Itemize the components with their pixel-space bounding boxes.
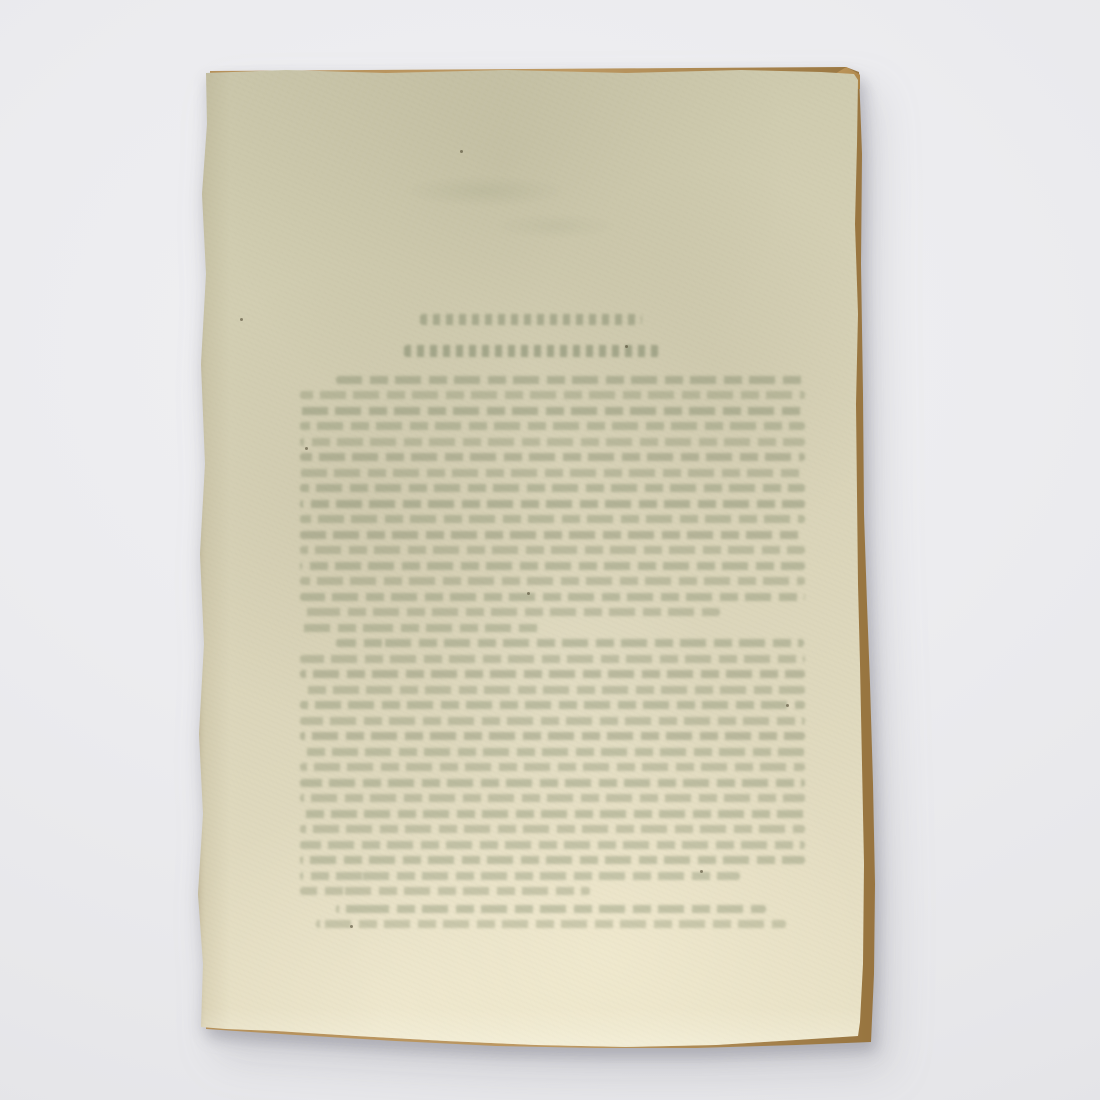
paper-speck (305, 447, 308, 450)
ghost-text-line (336, 639, 804, 647)
ghost-text-line (300, 655, 805, 663)
ghost-text-line (336, 376, 806, 384)
ghost-text-line (300, 779, 805, 787)
ghost-text-line (300, 562, 805, 570)
ghost-text-line (300, 825, 805, 833)
ghost-text-line (300, 608, 720, 616)
ghost-smudge (496, 214, 616, 238)
ghost-text-line (300, 407, 805, 415)
ghost-subtitle-line (404, 345, 659, 357)
paper-booklet (196, 64, 876, 1054)
ghost-text-line (300, 670, 805, 678)
ghost-text-line (300, 748, 805, 756)
ghost-text-line (300, 732, 805, 740)
paper-speck (786, 704, 789, 707)
ghost-text-line (300, 856, 805, 864)
ghost-text-line (300, 841, 805, 849)
ghost-text-line (300, 686, 805, 694)
paper-speck (460, 150, 463, 153)
bleed-through-text-block (196, 64, 876, 1054)
ghost-text-line (336, 905, 766, 913)
ghost-text-line (300, 624, 540, 632)
ghost-text-line (300, 515, 805, 523)
ghost-text-line (300, 717, 805, 725)
ghost-text-line (300, 500, 805, 508)
ghost-text-line (300, 484, 805, 492)
ghost-title-line (420, 314, 642, 325)
booklet-shadow-wrap (0, 0, 1100, 1100)
ghost-smudge (404, 176, 564, 206)
ghost-text-line (300, 872, 740, 880)
ghost-text-line (300, 422, 805, 430)
paper-speck (240, 318, 243, 321)
paper-speck (700, 870, 703, 873)
bottom-crease (196, 1008, 876, 1054)
ghost-text-line (300, 763, 805, 771)
paper-speck (527, 592, 530, 595)
ghost-text-line (300, 701, 805, 709)
ghost-text-line (300, 794, 805, 802)
ghost-text-line (300, 577, 805, 585)
ghost-text-line (300, 469, 805, 477)
ghost-text-line (300, 546, 805, 554)
ghost-text-line (300, 887, 590, 895)
ghost-text-line (300, 453, 805, 461)
photo-background (0, 0, 1100, 1100)
paper-speck (625, 345, 628, 348)
ghost-text-line (300, 438, 805, 446)
ghost-text-line (300, 593, 805, 601)
paper-speck (350, 925, 353, 928)
ghost-text-line (300, 810, 805, 818)
ghost-text-line (316, 920, 786, 928)
booklet-cover (196, 64, 876, 1054)
ghost-text-line (300, 391, 805, 399)
ghost-text-line (300, 531, 805, 539)
